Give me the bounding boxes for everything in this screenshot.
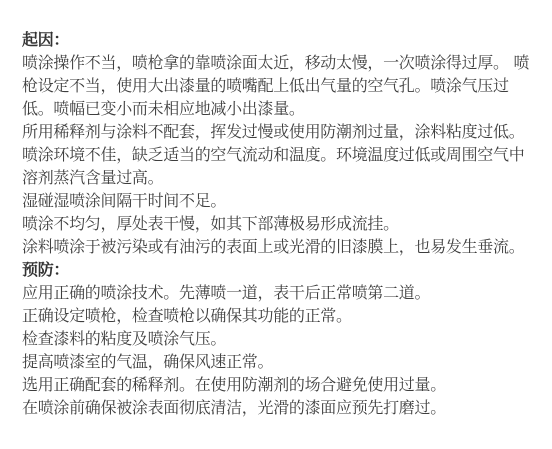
- cause-line: 枪设定不当，使用大出漆量的喷嘴配上低出气量的空气孔。喷涂气压过: [22, 74, 547, 97]
- cause-line: 涂料喷涂于被污染或有油污的表面上或光滑的旧漆膜上，也易发生垂流。: [22, 235, 547, 258]
- article-body: 起因： 喷涂操作不当，喷枪拿的靠喷涂面太近，移动太慢，一次喷涂得过厚。 喷 枪设…: [22, 28, 547, 419]
- prevention-line: 选用正确配套的稀释剂。在使用防潮剂的场合避免使用过量。: [22, 373, 547, 396]
- cause-line: 喷涂不均匀，厚处表干慢，如其下部薄极易形成流挂。: [22, 212, 547, 235]
- prevention-line: 正确设定喷枪，检查喷枪以确保其功能的正常。: [22, 304, 547, 327]
- cause-line: 低。喷幅已变小而未相应地减小出漆量。: [22, 97, 547, 120]
- cause-heading: 起因：: [22, 28, 547, 51]
- cause-line: 溶剂蒸汽含量过高。: [22, 166, 547, 189]
- prevention-line: 在喷涂前确保被涂表面彻底清洁，光滑的漆面应预先打磨过。: [22, 396, 547, 419]
- cause-line: 喷涂环境不佳，缺乏适当的空气流动和温度。环境温度过低或周围空气中: [22, 143, 547, 166]
- prevention-line: 应用正确的喷涂技术。先薄喷一道，表干后正常喷第二道。: [22, 281, 547, 304]
- cause-line: 喷涂操作不当，喷枪拿的靠喷涂面太近，移动太慢，一次喷涂得过厚。 喷: [22, 51, 547, 74]
- cause-line: 湿碰湿喷涂间隔干时间不足。: [22, 189, 547, 212]
- prevention-line: 检查漆料的粘度及喷涂气压。: [22, 327, 547, 350]
- prevention-heading: 预防：: [22, 258, 547, 281]
- cause-line: 所用稀释剂与涂料不配套，挥发过慢或使用防潮剂过量，涂料粘度过低。: [22, 120, 547, 143]
- prevention-line: 提高喷漆室的气温，确保风速正常。: [22, 350, 547, 373]
